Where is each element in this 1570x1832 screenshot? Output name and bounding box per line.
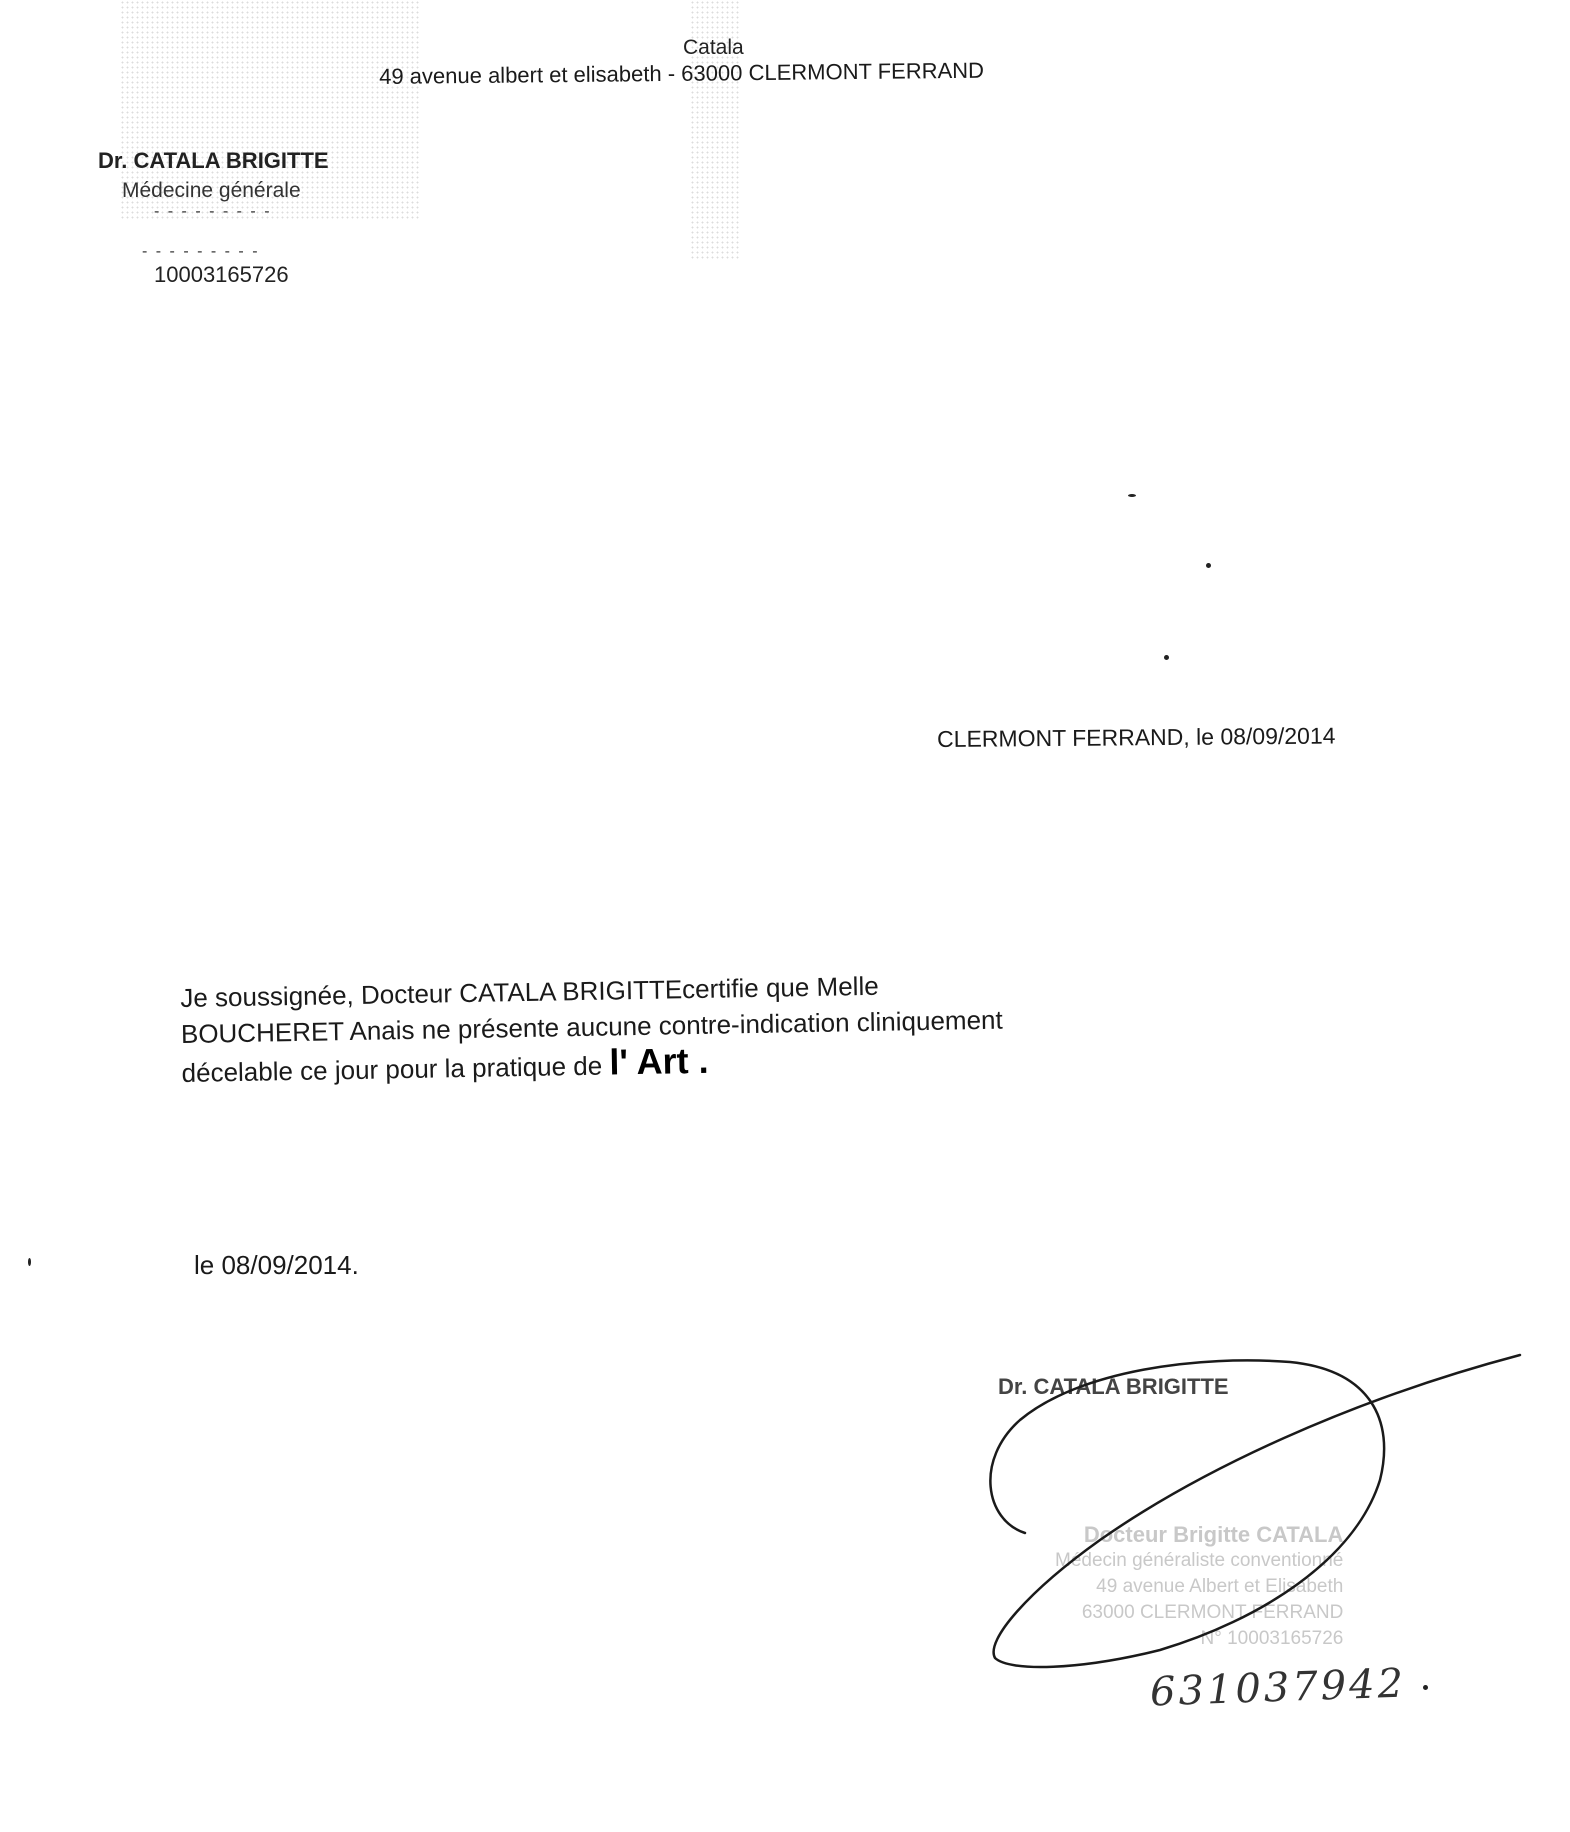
speck xyxy=(1128,494,1136,497)
sender-address: 49 avenue albert et elisabeth - 63000 CL… xyxy=(379,58,984,90)
certificate-line-text: décelable ce jour pour la pratique de xyxy=(181,1051,609,1088)
speck xyxy=(28,1258,31,1266)
stamp-line: N° 10003165726 xyxy=(1055,1626,1343,1652)
separator-line: - - - - - - - - - xyxy=(142,243,260,261)
certificate-body: Je soussignée, Docteur CATALA BRIGITTEce… xyxy=(180,966,1004,1091)
speck xyxy=(1206,563,1211,568)
doctor-name: Dr. CATALA BRIGITTE xyxy=(98,148,329,174)
stamp-line: Docteur Brigitte CATALA xyxy=(1055,1522,1343,1548)
stamp-line: 49 avenue Albert et Elisabeth xyxy=(1055,1574,1343,1600)
doctor-id-number: 10003165726 xyxy=(154,262,289,288)
speck xyxy=(1164,655,1169,660)
stamp-line: 63000 CLERMONT FERRAND xyxy=(1055,1600,1343,1626)
sender-name: Catala xyxy=(683,36,744,60)
stamp-line: Médecin généraliste conventionné xyxy=(1055,1548,1343,1574)
bottom-date: le 08/09/2014. xyxy=(194,1250,359,1281)
speck xyxy=(1423,1685,1428,1690)
doctor-stamp: Docteur Brigitte CATALA Médecin générali… xyxy=(1055,1522,1343,1652)
doctor-specialty: Médecine générale xyxy=(122,179,301,203)
activity-name: l' Art . xyxy=(609,1040,709,1083)
signature-name: Dr. CATALA BRIGITTE xyxy=(998,1374,1229,1400)
place-date: CLERMONT FERRAND, le 08/09/2014 xyxy=(937,723,1336,753)
separator-line: - - - - - - - - - xyxy=(154,203,272,221)
handwritten-number: 631037942 xyxy=(1149,1661,1406,1716)
